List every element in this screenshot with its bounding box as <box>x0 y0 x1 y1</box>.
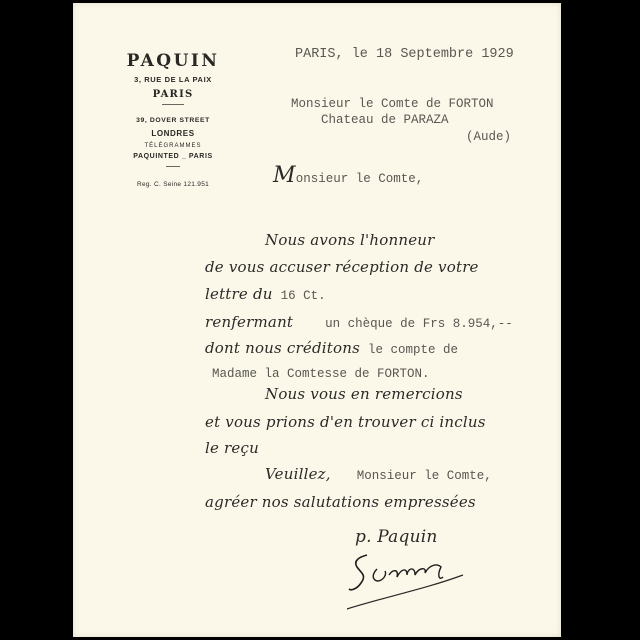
body-typed: le compte de <box>368 343 458 357</box>
letterhead-divider <box>162 104 184 105</box>
salutation-text: onsieur le Comte, <box>296 172 424 186</box>
letterhead-city-paris: PARIS <box>103 89 243 100</box>
salutation-initial: M <box>273 163 296 188</box>
letterhead-divider <box>166 166 180 167</box>
letterhead-telegram-label: TÉLÉGRAMMES <box>103 143 243 149</box>
body-script: dont nous créditons <box>205 339 360 357</box>
body-line-7: Nous vous en remercions <box>265 385 463 403</box>
recipient-line-3: (Aude) <box>466 130 511 144</box>
body-line-3: lettre du 16 Ct. <box>205 285 326 304</box>
body-line-5: dont nous créditons le compte de <box>205 339 458 358</box>
recipient-line-1: Monsieur le Comte de FORTON <box>291 97 494 111</box>
letterhead-city-london: LONDRES <box>103 129 243 138</box>
letterhead-address-paris: 3, RUE DE LA PAIX <box>103 75 243 84</box>
closing-script: Veuillez, <box>265 465 331 483</box>
body-text: Nous avons l'honneur <box>265 231 435 249</box>
date-line: PARIS, le 18 Septembre 1929 <box>295 47 514 62</box>
letterhead-brand: PAQUIN <box>103 51 243 71</box>
letterhead-address-london: 39, DOVER STREET <box>103 117 243 124</box>
body-line-8: et vous prions d'en trouver ci inclus <box>205 413 486 431</box>
body-line-9: le reçu <box>205 439 259 457</box>
letterhead-registration: Reg. C. Seine 121.951 <box>103 181 243 188</box>
closing-line-1: Veuillez, Monsieur le Comte, <box>265 465 492 484</box>
closing-line-2: agréer nos salutations empressées <box>205 493 476 511</box>
letterhead-telegram-address: PAQUINTED _ PARIS <box>103 153 243 160</box>
letter-page: PAQUIN 3, RUE DE LA PAIX PARIS 39, DOVER… <box>73 3 561 637</box>
body-line-2: de vous accuser réception de votre <box>205 258 479 276</box>
cheque-amount: un chèque de Frs 8.954,-- <box>325 317 513 331</box>
body-typed: 16 Ct. <box>281 289 326 303</box>
recipient-line-2: Chateau de PARAZA <box>321 113 449 127</box>
closing-typed: Monsieur le Comte, <box>357 469 492 483</box>
body-line-1: Nous avons l'honneur <box>265 231 435 249</box>
body-script: lettre du <box>205 285 273 303</box>
salutation: Monsieur le Comte, <box>273 163 423 188</box>
body-script: renfermant <box>205 313 293 331</box>
body-line-6: Madame la Comtesse de FORTON. <box>212 367 430 381</box>
signature-per-paquin: p. Paquin <box>355 527 438 547</box>
body-line-4: renfermant un chèque de Frs 8.954,-- <box>205 313 513 332</box>
handwritten-signature-icon <box>345 551 475 611</box>
